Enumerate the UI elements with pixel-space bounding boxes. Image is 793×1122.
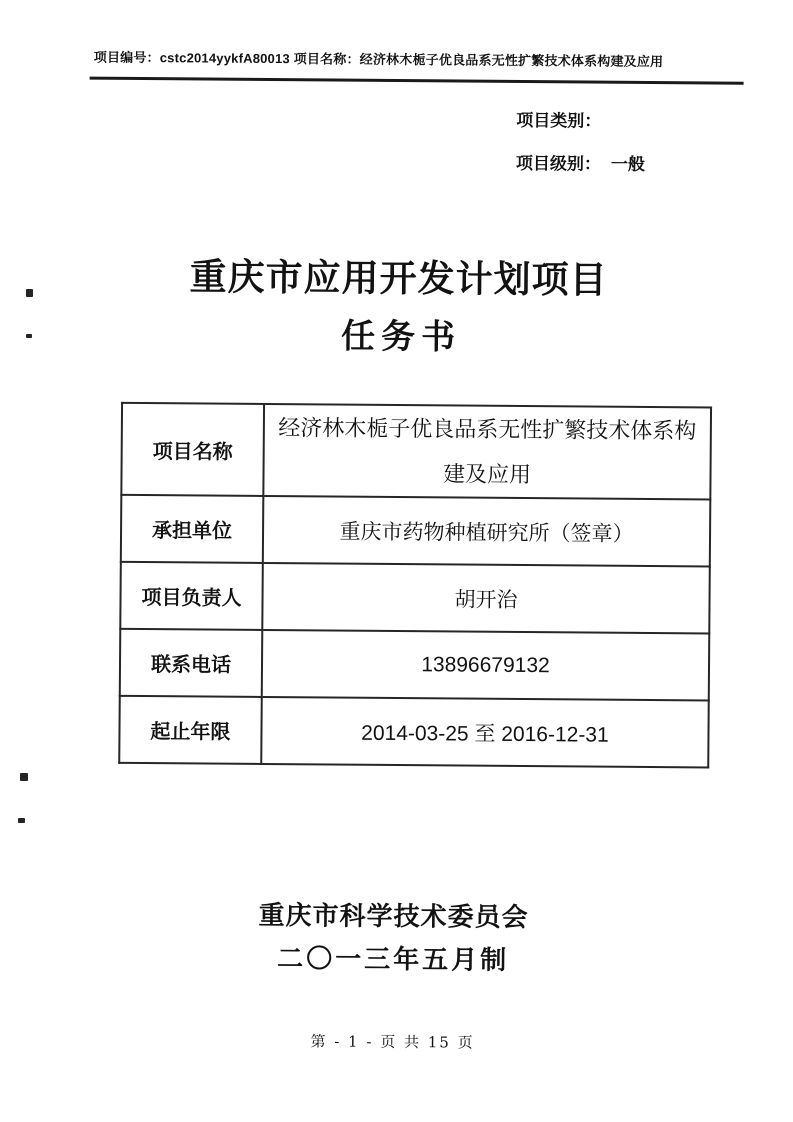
document-title-line2: 任务书 [1, 306, 793, 361]
project-info-table: 项目名称 经济林木栀子优良品系无性扩繁技术体系构建及应用 承担单位 重庆市药物种… [118, 402, 712, 769]
project-category-field: 项目类别： [516, 106, 611, 132]
header-divider [90, 77, 744, 85]
table-row-label: 联系电话 [120, 629, 263, 697]
page-number: 第 - 1 - 页 共 15 页 [0, 1028, 789, 1055]
table-row-label: 项目负责人 [120, 562, 263, 630]
project-category-label: 项目类别： [516, 111, 601, 131]
table-row-value: 重庆市药物种植研究所（签章） [263, 496, 711, 567]
table-row-project-leader: 项目负责人 胡开治 [120, 562, 710, 634]
project-level-value: 一般 [611, 155, 645, 174]
scanned-content: 项目编号：cstc2014yykfA80013 项目名称：经济林木栀子优良品系无… [0, 0, 793, 1122]
table-row-undertaking-unit: 承担单位 重庆市药物种植研究所（签章） [121, 495, 711, 567]
table-row-project-period: 起止年限 2014-03-25 至 2016-12-31 [119, 696, 709, 768]
table-row-label: 项目名称 [121, 403, 264, 496]
table-row-value: 胡开治 [262, 563, 710, 634]
scan-artifact [26, 289, 33, 297]
header-project-info: 项目编号：cstc2014yykfA80013 项目名称：经济林木栀子优良品系无… [94, 47, 694, 71]
table-row-project-name: 项目名称 经济林木栀子优良品系无性扩繁技术体系构建及应用 [121, 403, 711, 500]
table-row-label: 承担单位 [121, 495, 264, 563]
scan-artifact [18, 818, 25, 823]
issue-date: 二〇一三年五月制 [0, 936, 790, 979]
document-page: 项目编号：cstc2014yykfA80013 项目名称：经济林木栀子优良品系无… [0, 0, 793, 1122]
scan-artifact [20, 773, 28, 781]
table-row-value: 13896679132 [262, 630, 710, 701]
scan-artifact [26, 334, 32, 338]
document-title-line1: 重庆市应用开发计划项目 [2, 245, 793, 305]
table-row-contact-phone: 联系电话 13896679132 [120, 629, 710, 701]
table-row-value: 2014-03-25 至 2016-12-31 [261, 697, 709, 768]
table-row-label: 起止年限 [119, 696, 262, 764]
project-level-field: 项目级别：一般 [516, 149, 645, 175]
table-row-value: 经济林木栀子优良品系无性扩繁技术体系构建及应用 [263, 404, 711, 500]
project-name-value: 经济林木栀子优良品系无性扩繁技术体系构建及应用 [269, 405, 705, 498]
project-level-label: 项目级别： [516, 154, 601, 174]
issuing-organization: 重庆市科学技术委员会 [0, 893, 790, 936]
